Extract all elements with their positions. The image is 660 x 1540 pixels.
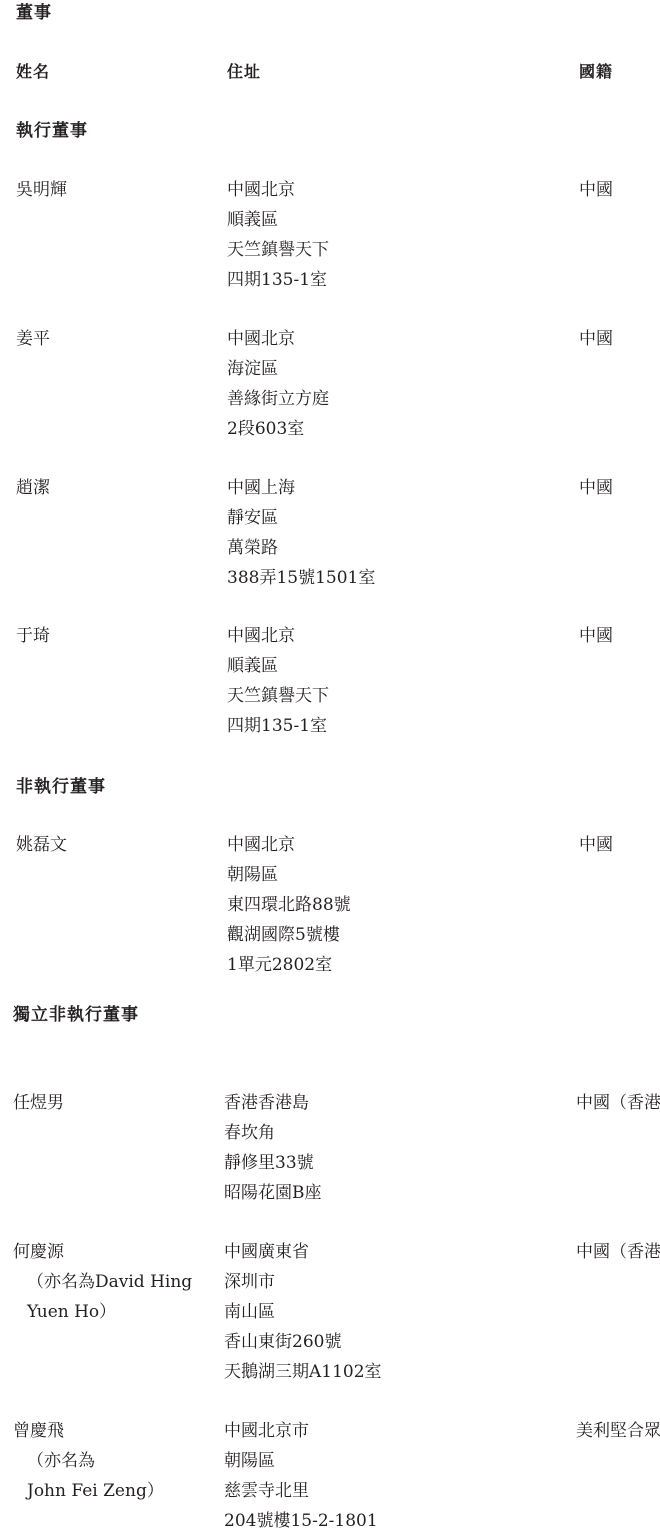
nationality: 中國（香港 (576, 1088, 660, 1118)
address-line: 順義區 (227, 651, 329, 681)
address-line: 香港香港島 (224, 1088, 322, 1118)
address-line: 萬榮路 (227, 533, 375, 563)
director-name: 曾慶飛 (13, 1416, 164, 1446)
address-line: 東四環北路88號 (227, 890, 351, 920)
address-line: 靜修里33號 (224, 1148, 322, 1178)
group-heading-non-executive: 非執行董事 (16, 776, 106, 798)
address-line: 中國上海 (227, 473, 375, 503)
column-header-address: 住址 (227, 61, 261, 83)
address-line: 慈雲寺北里 (224, 1476, 378, 1506)
address-line: 天鵝湖三期A1102室 (224, 1357, 382, 1387)
address-line: 天竺鎮譽天下 (227, 681, 329, 711)
address-line: 天竺鎮譽天下 (227, 235, 329, 265)
director-alias: （亦名為 (13, 1446, 164, 1476)
address-line: 深圳市 (224, 1267, 382, 1297)
address-line: 四期135-1室 (227, 711, 329, 741)
address-line: 善緣街立方庭 (227, 384, 329, 414)
address-line: 204號樓15-2-1801 (224, 1506, 378, 1536)
nationality: 中國 (579, 473, 613, 503)
address-line: 中國北京 (227, 621, 329, 651)
director-alias: （亦名為David Hing (13, 1267, 192, 1297)
address-line: 388弄15號1501室 (227, 563, 375, 593)
director-alias: John Fei Zeng） (13, 1476, 164, 1506)
address-line: 中國北京市 (224, 1416, 378, 1446)
address-line: 靜安區 (227, 503, 375, 533)
address-line: 四期135-1室 (227, 265, 329, 295)
director-name: 姜平 (16, 324, 50, 354)
address-line: 朝陽區 (224, 1446, 378, 1476)
column-header-nationality: 國籍 (579, 61, 613, 83)
address-line: 中國北京 (227, 324, 329, 354)
address-line: 1單元2802室 (227, 950, 351, 980)
section-title: 董事 (16, 2, 52, 24)
nationality: 中國 (579, 175, 613, 205)
address-line: 2段603室 (227, 414, 329, 444)
nationality: 美利堅合眾 (576, 1416, 660, 1446)
address-line: 中國北京 (227, 175, 329, 205)
director-name: 吳明輝 (16, 175, 67, 205)
address-line: 春坎角 (224, 1118, 322, 1148)
address-line: 海淀區 (227, 354, 329, 384)
director-name: 趙潔 (16, 473, 50, 503)
director-name: 何慶源 (13, 1237, 192, 1267)
address-line: 觀湖國際5號樓 (227, 920, 351, 950)
nationality: 中國 (579, 324, 613, 354)
nationality: 中國 (579, 621, 613, 651)
director-name: 姚磊文 (16, 830, 67, 860)
address-line: 南山區 (224, 1297, 382, 1327)
column-header-name: 姓名 (16, 61, 50, 83)
director-name: 任煜男 (13, 1088, 64, 1118)
address-line: 香山東街260號 (224, 1327, 382, 1357)
director-name: 于琦 (16, 621, 50, 651)
group-heading-independent-non-executive: 獨立非執行董事 (13, 1004, 139, 1026)
address-line: 中國北京 (227, 830, 351, 860)
nationality: 中國（香港 (576, 1237, 660, 1267)
nationality: 中國 (579, 830, 613, 860)
address-line: 中國廣東省 (224, 1237, 382, 1267)
group-heading-executive: 執行董事 (16, 120, 88, 142)
address-line: 順義區 (227, 205, 329, 235)
director-alias: Yuen Ho） (13, 1297, 192, 1327)
address-line: 朝陽區 (227, 860, 351, 890)
address-line: 昭陽花園B座 (224, 1178, 322, 1208)
